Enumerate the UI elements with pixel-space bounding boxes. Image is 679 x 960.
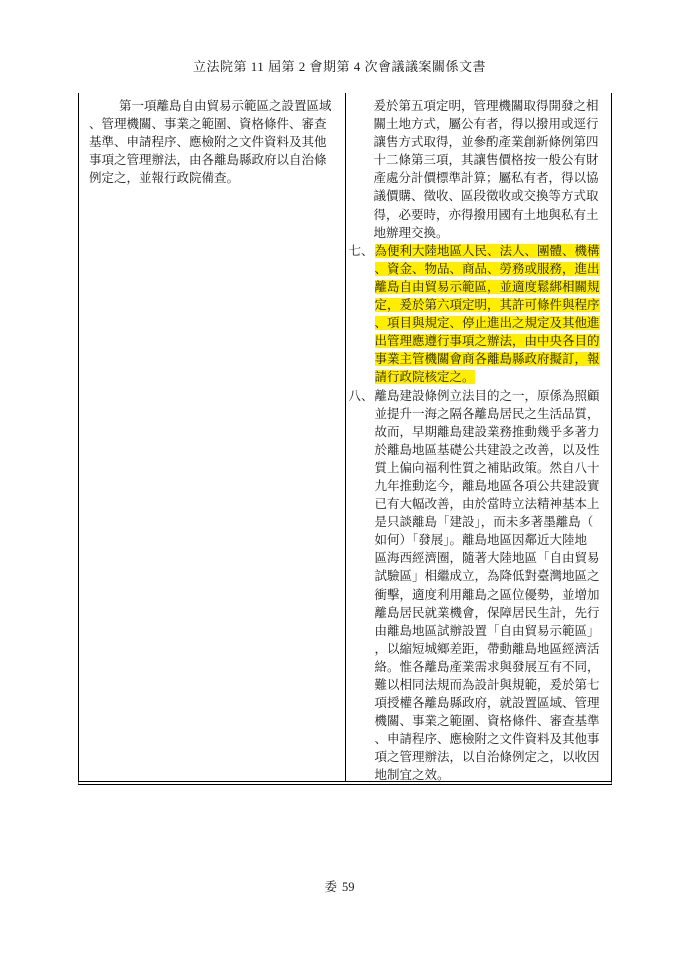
document-page: 立法院第 11 屆第 2 會期第 4 次會議議案關係文書 第一項離島自由貿易示範… <box>0 0 679 960</box>
list-item-eight-number: 八、 <box>349 387 375 405</box>
highlighted-text: 為便利大陸地區人民、法人、團體、機構 、資金、物品、商品、勞務或服務，進出 離島… <box>375 244 600 385</box>
left-column-paragraph: 第一項離島自由貿易示範區之設置區域 、管理機關、事業之範圍、資格條件、審查 基準… <box>89 97 339 187</box>
right-column-continuation-paragraph: 爰於第五項定明，管理機關取得開發之相 關土地方式，屬公有者，得以撥用或逕行 讓售… <box>374 97 608 242</box>
list-item-eight-body: 離島建設條例立法目的之一，原係為照顧 並提升一海之隔各離島居民之生活品質， 故而… <box>375 387 608 785</box>
list-item-eight: 八、 離島建設條例立法目的之一，原係為照顧 並提升一海之隔各離島居民之生活品質，… <box>349 387 608 785</box>
document-header-title: 立法院第 11 屆第 2 會期第 4 次會議議案關係文書 <box>0 56 679 75</box>
left-column-cell: 第一項離島自由貿易示範區之設置區域 、管理機關、事業之範圍、資格條件、審查 基準… <box>79 93 346 781</box>
document-two-column-table: 第一項離島自由貿易示範區之設置區域 、管理機關、事業之範圍、資格條件、審查 基準… <box>78 93 612 785</box>
list-item-seven-number: 七、 <box>349 242 375 260</box>
footer-page-number: 59 <box>337 880 355 894</box>
footer-section-label: 委 <box>324 880 337 894</box>
list-item-seven-body: 為便利大陸地區人民、法人、團體、機構 、資金、物品、商品、勞務或服務，進出 離島… <box>375 242 608 387</box>
right-column-cell: 爰於第五項定明，管理機關取得開發之相 關土地方式，屬公有者，得以撥用或逕行 讓售… <box>346 93 611 781</box>
list-item-seven: 七、 為便利大陸地區人民、法人、團體、機構 、資金、物品、商品、勞務或服務，進出… <box>349 242 608 387</box>
page-footer: 委59 <box>0 877 679 895</box>
